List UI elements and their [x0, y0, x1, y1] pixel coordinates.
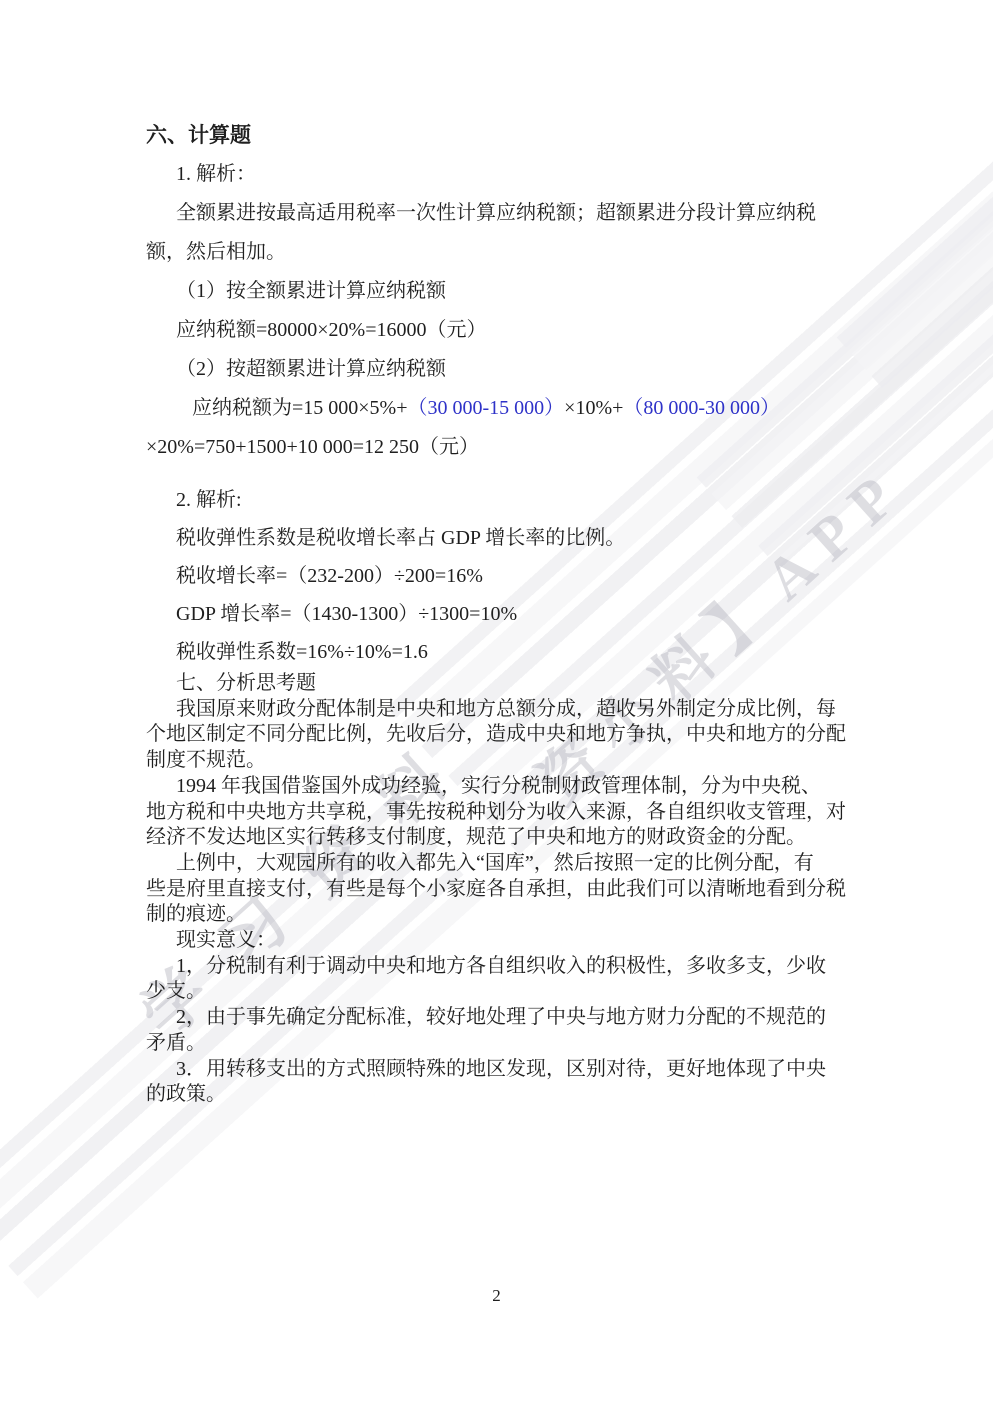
answer-line: 税收弹性系数是税收增长率占 GDP 增长率的比例。: [176, 519, 854, 557]
section-7-heading: 七、分析思考题: [176, 671, 854, 697]
step-1-title: （1）按全额累进计算应纳税额: [176, 272, 854, 311]
step-2-formula-continued: ×20%=750+1500+10 000=12 250（元）: [146, 428, 854, 467]
list-point-line: 3．用转移支出的方式照顾特殊的地区发现，区别对待，更好地体现了中央: [176, 1057, 854, 1083]
paragraph-line: 个地区制定不同分配比例，先收后分，造成中央和地方争执，中央和地方的分配: [146, 722, 854, 748]
list-point-line: 2，由于事先确定分配标准，较好地处理了中央与地方财力分配的不规范的: [176, 1005, 854, 1031]
paragraph-line: 上例中，大观园所有的收入都先入“国库”，然后按照一定的比例分配，有: [176, 851, 854, 877]
paragraph-line: 1994 年我国借鉴国外成功经验，实行分税制财政管理体制，分为中央税、: [176, 774, 854, 800]
formula-segment-blue: （30 000-15 000）: [408, 397, 565, 419]
formula-segment: 应纳税额为=15 000×5%+: [192, 397, 408, 419]
answer-line: 全额累进按最高适用税率一次性计算应纳税额；超额累进分段计算应纳税: [176, 194, 854, 233]
paragraph-line: 我国原来财政分配体制是中央和地方总额分成，超收另外制定分成比例，每: [176, 697, 854, 723]
paragraph-line: 经济不发达地区实行转移支付制度，规范了中央和地方的财政资金的分配。: [146, 825, 854, 851]
section-6-heading: 六、计算题: [146, 116, 854, 155]
item-1-label: 1. 解析：: [176, 155, 854, 194]
paragraph-line: 些是府里直接支付，有些是每个小家庭各自承担，由此我们可以清晰地看到分税: [146, 877, 854, 903]
document-page: 学习资料 资小料】APP 六、计算题 1. 解析： 全额累进按最高适用税率一次性…: [0, 0, 993, 1404]
paragraph-line: 制度不规范。: [146, 748, 854, 774]
formula-line: 税收增长率=（232-200）÷200=16%: [176, 557, 854, 595]
list-point-line: 矛盾。: [146, 1031, 854, 1057]
formula-line: 税收弹性系数=16%÷10%=1.6: [176, 633, 854, 671]
formula-segment: ×10%+: [564, 397, 623, 419]
list-point-line: 的政策。: [146, 1082, 854, 1108]
formula-line: GDP 增长率=（1430-1300）÷1300=10%: [176, 595, 854, 633]
paragraph-line: 制的痕迹。: [146, 902, 854, 928]
paragraph-line: 地方税和中央地方共享税，事先按税种划分为收入来源，各自组织收支管理，对: [146, 800, 854, 826]
step-2-title: （2）按超额累进计算应纳税额: [176, 350, 854, 389]
list-point-line: 少支。: [146, 979, 854, 1005]
list-point-line: 1，分税制有利于调动中央和地方各自组织收入的积极性，多收多支，少收: [176, 954, 854, 980]
paragraph-line: 现实意义：: [176, 928, 854, 954]
page-number: 2: [0, 1286, 993, 1306]
item-2-label: 2. 解析:: [176, 481, 854, 519]
diagonal-brush-texture: [830, 49, 993, 397]
step-1-formula: 应纳税额=80000×20%=16000（元）: [176, 311, 854, 350]
document-content: 六、计算题 1. 解析： 全额累进按最高适用税率一次性计算应纳税额；超额累进分段…: [146, 116, 854, 1108]
step-2-formula: 应纳税额为=15 000×5%+（30 000-15 000）×10%+（80 …: [192, 389, 854, 428]
formula-segment-blue: （80 000-30 000）: [623, 397, 780, 419]
answer-line: 额，然后相加。: [146, 233, 854, 272]
